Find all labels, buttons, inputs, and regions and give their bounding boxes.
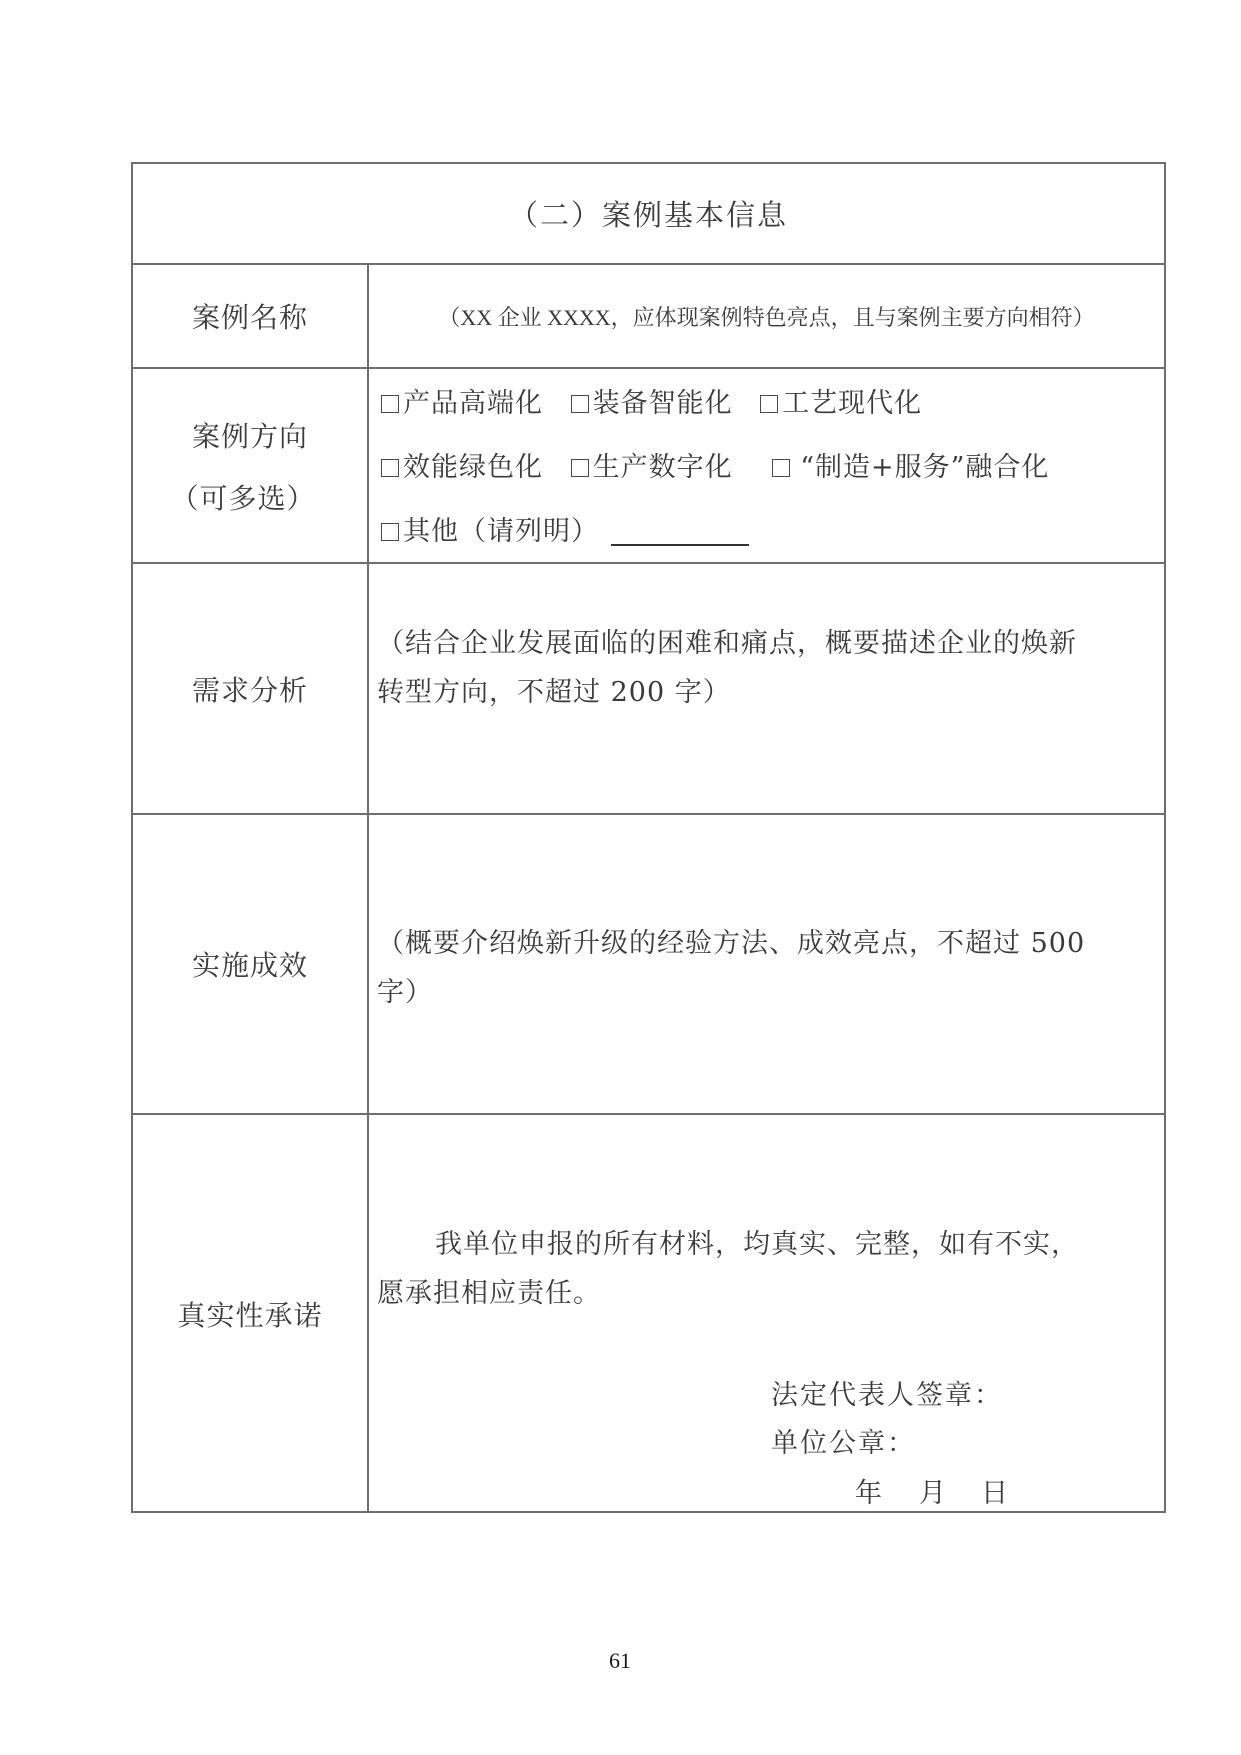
checkbox-icon[interactable]: [381, 395, 399, 413]
option-manufacturing-service[interactable]: “制造+服务”融合化: [772, 445, 1049, 484]
case-name-label: 案例名称: [133, 265, 369, 367]
needs-analysis-row: 需求分析 （结合企业发展面临的困难和痛点，概要描述企业的焕新 转型方向，不超过 …: [133, 564, 1164, 815]
case-info-table: （二）案例基本信息 案例名称 （XX 企业 XXXX，应体现案例特色亮点，且与案…: [131, 162, 1166, 1513]
other-specify-input[interactable]: [611, 520, 749, 546]
implementation-label-text: 实施成效: [192, 944, 308, 984]
authenticity-label: 真实性承诺: [133, 1115, 369, 1513]
implementation-field[interactable]: （概要介绍焕新升级的经验方法、成效亮点，不超过 500 字）: [369, 815, 1164, 1113]
checkbox-icon[interactable]: [571, 459, 589, 477]
needs-analysis-field[interactable]: （结合企业发展面临的困难和痛点，概要描述企业的焕新 转型方向，不超过 200 字…: [369, 564, 1164, 813]
case-direction-options: 产品高端化 装备智能化 工艺现代化 效能绿色化 生产数字化 “制造+服务”融合化…: [369, 369, 1164, 562]
case-direction-row: 案例方向 （可多选） 产品高端化 装备智能化 工艺现代化 效能绿色化 生产数字化…: [133, 369, 1164, 564]
implementation-label: 实施成效: [133, 815, 369, 1113]
checkbox-row-3: 其他（请列明）: [381, 509, 767, 548]
date-month[interactable]: 月: [919, 1471, 948, 1510]
option-process-modern[interactable]: 工艺现代化: [760, 381, 922, 420]
implementation-text: （概要介绍焕新升级的经验方法、成效亮点，不超过 500 字）: [377, 919, 1156, 1017]
legal-representative-signature[interactable]: 法定代表人签章：: [771, 1373, 1003, 1412]
needs-analysis-label-text: 需求分析: [192, 669, 308, 709]
checkbox-row-1: 产品高端化 装备智能化 工艺现代化: [381, 381, 940, 420]
option-equipment-intelligent[interactable]: 装备智能化: [571, 381, 733, 420]
document-page: （二）案例基本信息 案例名称 （XX 企业 XXXX，应体现案例特色亮点，且与案…: [0, 0, 1241, 1755]
case-name-field[interactable]: （XX 企业 XXXX，应体现案例特色亮点，且与案例主要方向相符）: [369, 265, 1164, 367]
option-production-digital[interactable]: 生产数字化: [571, 445, 733, 484]
authenticity-statement: 我单位申报的所有材料，均真实、完整，如有不实， 愿承担相应责任。: [377, 1220, 1156, 1318]
option-other[interactable]: 其他（请列明）: [381, 509, 749, 548]
date-year[interactable]: 年: [855, 1471, 884, 1510]
implementation-row: 实施成效 （概要介绍焕新升级的经验方法、成效亮点，不超过 500 字）: [133, 815, 1164, 1115]
case-name-placeholder: （XX 企业 XXXX，应体现案例特色亮点，且与案例主要方向相符）: [438, 301, 1094, 332]
section-header-row: （二）案例基本信息: [133, 164, 1164, 265]
unit-seal[interactable]: 单位公章：: [771, 1421, 916, 1460]
authenticity-field: 我单位申报的所有材料，均真实、完整，如有不实， 愿承担相应责任。 法定代表人签章…: [369, 1115, 1164, 1513]
needs-analysis-text: （结合企业发展面临的困难和痛点，概要描述企业的焕新 转型方向，不超过 200 字…: [377, 619, 1156, 717]
checkbox-icon[interactable]: [760, 395, 778, 413]
case-name-label-text: 案例名称: [192, 296, 308, 336]
case-direction-multi-select-note: （可多选）: [170, 477, 315, 517]
authenticity-label-text: 真实性承诺: [177, 1294, 322, 1334]
checkbox-icon[interactable]: [571, 395, 589, 413]
case-name-row: 案例名称 （XX 企业 XXXX，应体现案例特色亮点，且与案例主要方向相符）: [133, 265, 1164, 369]
checkbox-icon[interactable]: [772, 459, 790, 477]
checkbox-icon[interactable]: [381, 523, 399, 541]
option-product-high-end[interactable]: 产品高端化: [381, 381, 543, 420]
date-day[interactable]: 日: [981, 1471, 1010, 1510]
option-efficiency-green[interactable]: 效能绿色化: [381, 445, 543, 484]
case-direction-label: 案例方向 （可多选）: [133, 369, 369, 562]
needs-analysis-label: 需求分析: [133, 564, 369, 813]
authenticity-row: 真实性承诺 我单位申报的所有材料，均真实、完整，如有不实， 愿承担相应责任。 法…: [133, 1115, 1164, 1513]
checkbox-row-2: 效能绿色化 生产数字化 “制造+服务”融合化: [381, 445, 1067, 484]
section-title: （二）案例基本信息: [133, 164, 1164, 263]
checkbox-icon[interactable]: [381, 459, 399, 477]
case-direction-label-text: 案例方向: [192, 415, 308, 455]
page-number: 61: [600, 1648, 640, 1674]
